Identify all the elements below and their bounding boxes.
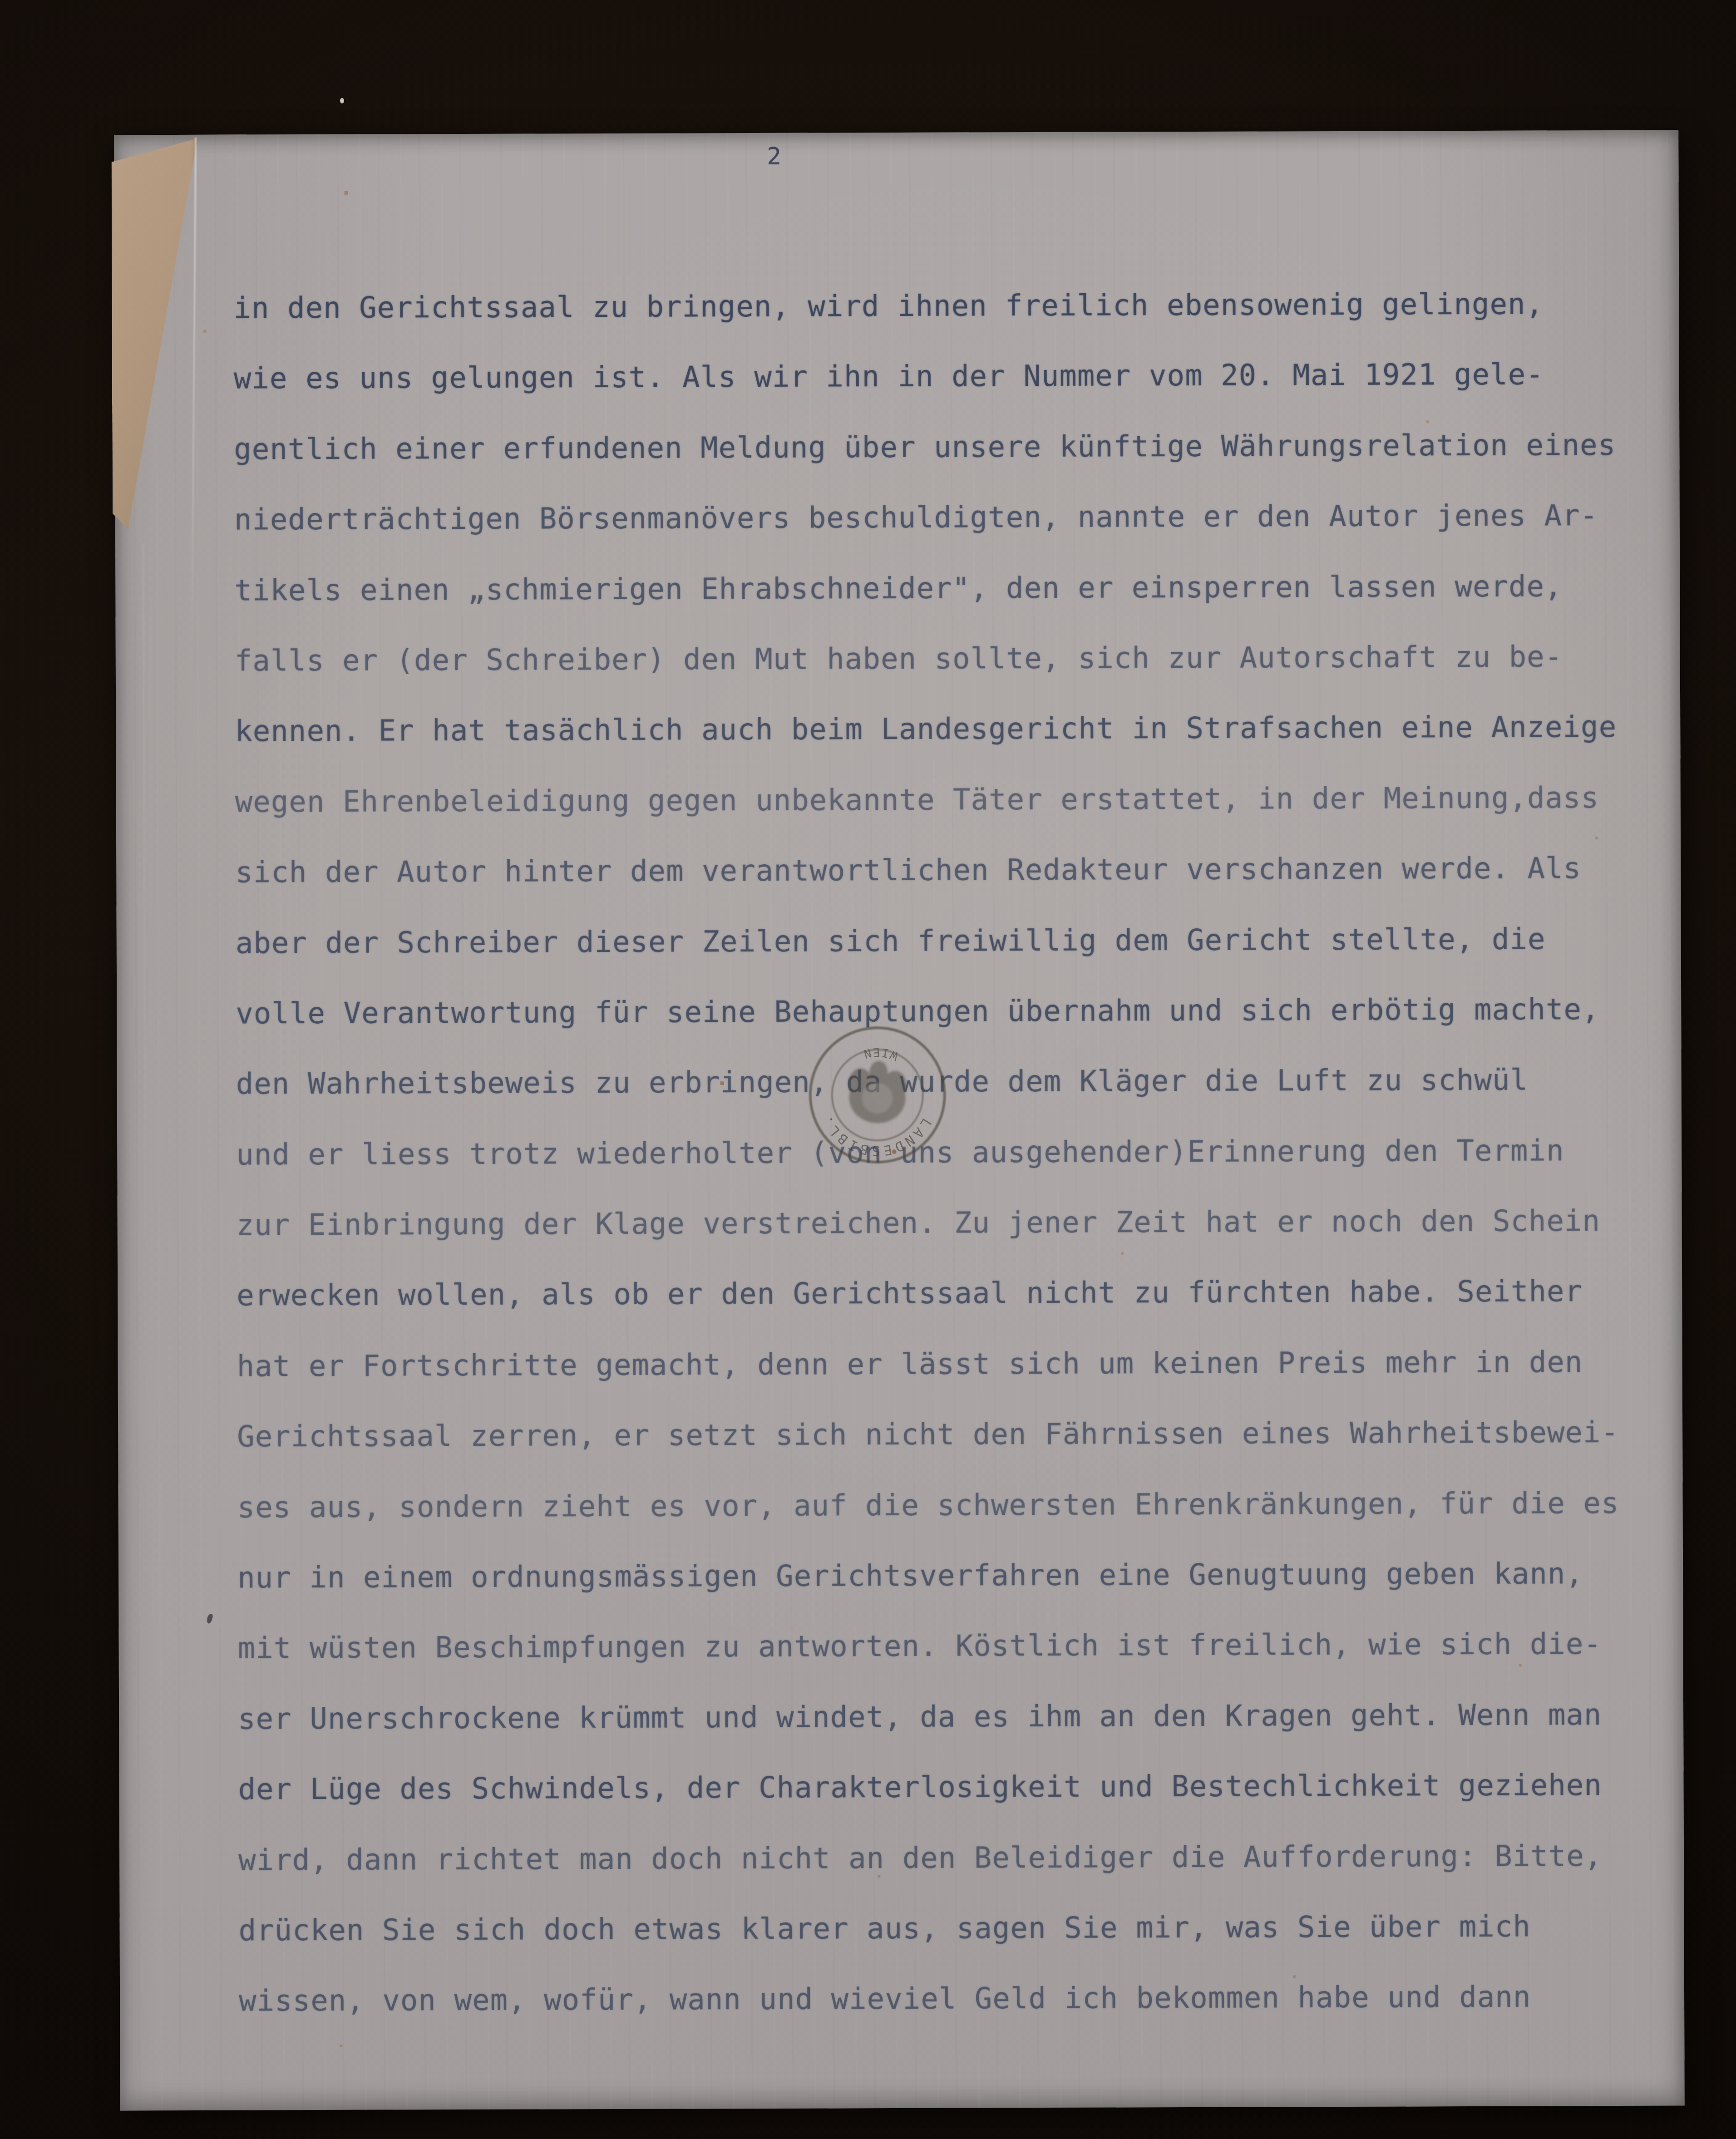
typed-line: nur in einem ordnungsmässigen Gerichtsve… (237, 1539, 1654, 1614)
typed-line: wie es uns gelungen ist. Als wir ihn in … (234, 340, 1650, 414)
paper-speck (340, 98, 344, 103)
crease-line-2 (143, 543, 148, 1633)
ink-speck (206, 1613, 213, 1624)
paper-specks (114, 135, 115, 136)
typed-line: mit wüsten Beschimpfungen zu antworten. … (237, 1609, 1654, 1684)
typed-line: tikels einen „schmierigen Ehrabschneider… (234, 551, 1651, 626)
typed-line: hat er Fortschritte gemacht, denn er läs… (237, 1327, 1653, 1402)
crease-line (191, 138, 197, 646)
typed-line: der Lüge des Schwindels, der Charakterlo… (238, 1750, 1654, 1825)
typed-line: aber der Schreiber dieser Zeilen sich fr… (236, 904, 1652, 979)
stamp-ring-text-bottom: WIEN (859, 1044, 900, 1063)
typed-line: falls er (der Schreiber) den Mut haben s… (235, 622, 1651, 697)
typed-line: sich der Autor hinter dem verantwortlich… (235, 833, 1652, 908)
typed-line: niederträchtigen Börsenmanövers beschuld… (234, 481, 1651, 556)
typed-line: Gerichtssaal zerren, er setzt sich nicht… (237, 1398, 1653, 1473)
typed-line: erwecken wollen, als ob er den Gerichtss… (237, 1257, 1653, 1331)
typed-line: ser Unerschrockene krümmt und windet, da… (238, 1680, 1654, 1755)
typed-line: wird, dann richtet man doch nicht an den… (238, 1821, 1655, 1896)
typed-line: drücken Sie sich doch etwas klarer aus, … (238, 1892, 1655, 1966)
typed-line: wegen Ehrenbeleidigung gegen unbekannte … (235, 763, 1652, 838)
photo-background: 2 in den Gerichtssaal zu bringen, wird i… (0, 0, 1736, 2139)
typed-line: kennen. Er hat tasächlich auch beim Land… (235, 692, 1651, 767)
page-number: 2 (767, 143, 781, 170)
typed-line: zur Einbringung der Klage verstreichen. … (236, 1186, 1652, 1261)
typed-line: gentlich einer erfundenen Meldung über u… (234, 410, 1650, 485)
library-stamp: LANDESBIBL. WIEN (799, 1016, 956, 1173)
typed-line: in den Gerichtssaal zu bringen, wird ihn… (233, 269, 1650, 344)
typed-line: wissen, von wem, wofür, wann und wieviel… (239, 1962, 1655, 2037)
folded-corner (111, 138, 199, 529)
typed-line: ses aus, sondern zieht es vor, auf die s… (237, 1468, 1653, 1543)
document-page: 2 in den Gerichtssaal zu bringen, wird i… (114, 130, 1685, 2111)
